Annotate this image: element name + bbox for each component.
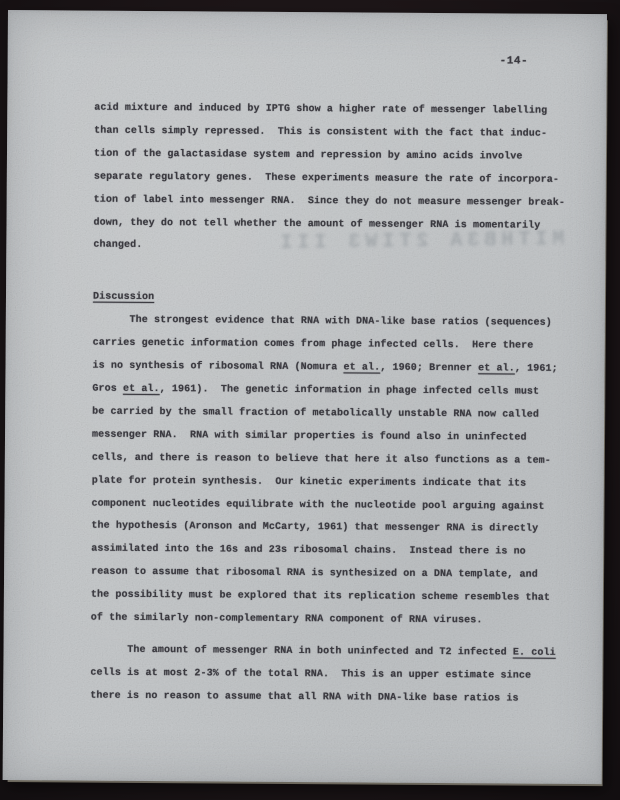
page-number: -14- (500, 55, 528, 67)
paragraph-messenger-amount: The amount of messenger RNA in both unin… (90, 640, 570, 712)
photo-backdrop: -14- MITHB3A 2TIW3 III acid mixture and … (0, 0, 620, 800)
paragraph-continuation: acid mixture and induced by IPTG show a … (93, 98, 574, 262)
document-page: -14- MITHB3A 2TIW3 III acid mixture and … (3, 10, 607, 784)
typewritten-body: acid mixture and induced by IPTG show a … (90, 98, 574, 712)
section-heading-discussion: Discussion (93, 287, 573, 313)
paragraph-discussion-main: The strongest evidence that RNA with DNA… (91, 310, 573, 634)
